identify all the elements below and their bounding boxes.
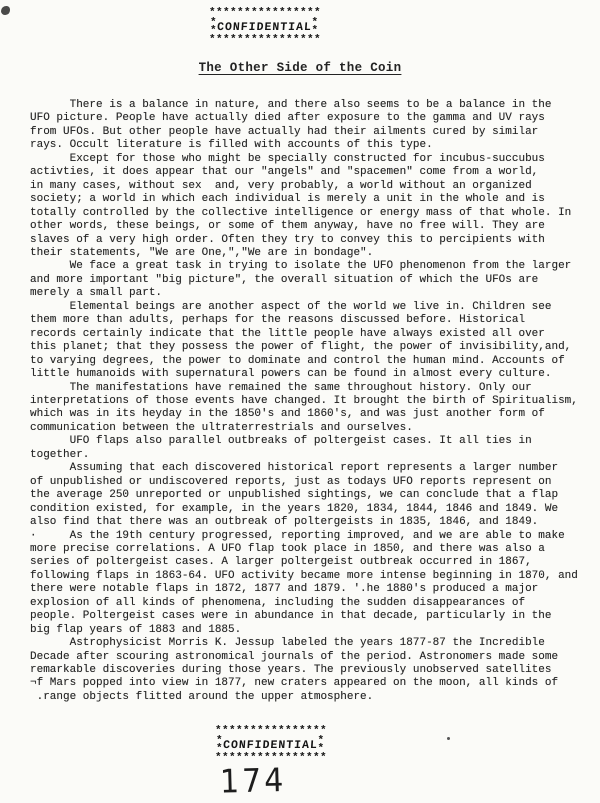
paragraph-9: Astrophysicist Morris K. Jessup labeled … — [30, 637, 590, 704]
confidential-stamp-top: **************** * * CONFIDENTIAL * * **… — [209, 9, 319, 45]
scan-smudge-artifact — [1, 6, 10, 15]
paragraph-8: · As the 19th century progressed, report… — [30, 530, 590, 638]
page-title: The Other Side of the Coin — [0, 61, 600, 75]
stamp-middle: * * CONFIDENTIAL * * — [209, 18, 319, 36]
paragraph-4: Elemental beings are another aspect of t… — [30, 301, 590, 382]
stamp-side-right: * * — [317, 737, 324, 753]
paragraph-6: UFO flaps also parallel outbreaks of pol… — [30, 435, 590, 462]
stamp-side-right: * * — [311, 19, 318, 35]
stamp-label: CONFIDENTIAL — [216, 21, 312, 34]
paragraph-3: We face a great task in trying to isolat… — [30, 260, 590, 300]
stamp-middle: * * CONFIDENTIAL * * — [215, 736, 325, 754]
stamp-label: CONFIDENTIAL — [222, 739, 318, 752]
stamp-border-top: **************** — [215, 727, 325, 736]
handwritten-page-number: 174 — [220, 762, 287, 802]
paragraph-2: Except for those who might be specially … — [30, 153, 590, 261]
document-body: There is a balance in nature, and there … — [30, 99, 590, 704]
stamp-border-top: **************** — [209, 9, 319, 18]
paragraph-5: The manifestations have remained the sam… — [30, 382, 590, 436]
paragraph-7: Assuming that each discovered historical… — [30, 462, 590, 529]
stamp-border-bottom: **************** — [209, 36, 319, 45]
document-page: **************** * * CONFIDENTIAL * * **… — [0, 0, 600, 803]
paragraph-1: There is a balance in nature, and there … — [30, 99, 590, 153]
scan-dot-artifact — [447, 737, 450, 740]
confidential-stamp-bottom: **************** * * CONFIDENTIAL * * **… — [215, 727, 325, 763]
